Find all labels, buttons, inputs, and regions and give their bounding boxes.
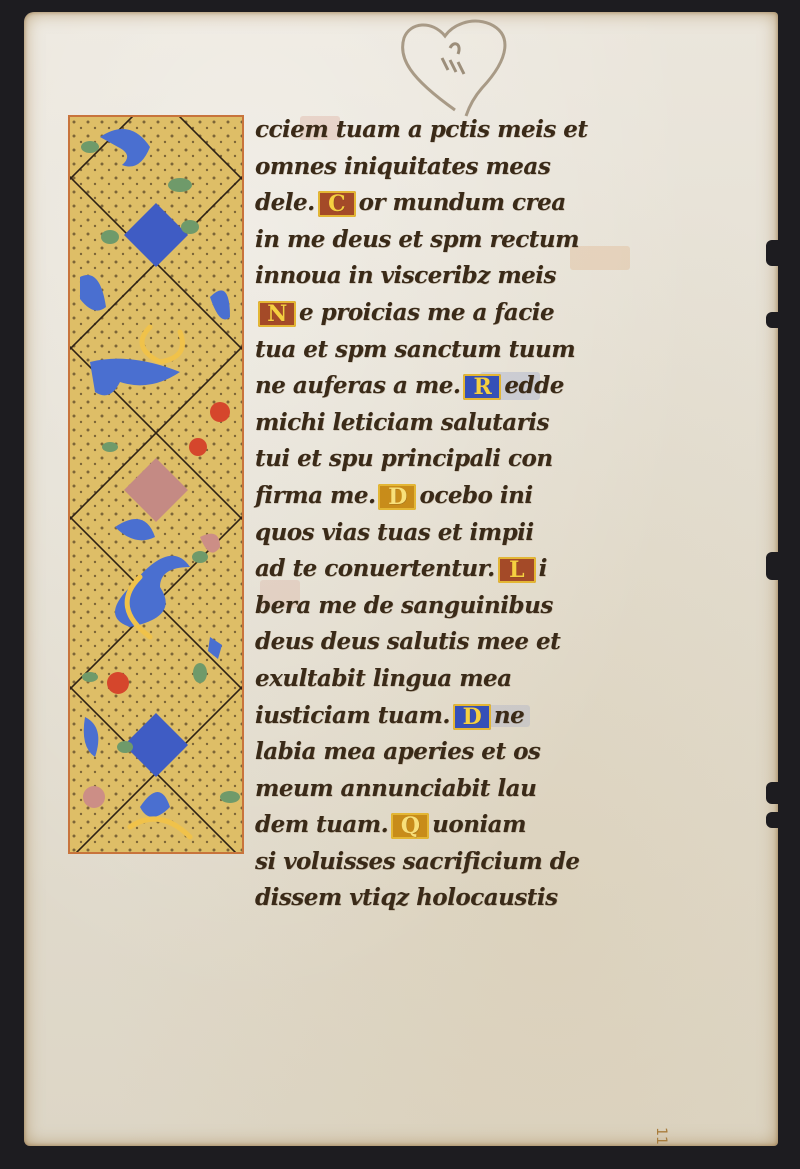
text-line: dem tuam.Quoniam (255, 807, 675, 844)
pencil-foliation-mark: 11 (653, 1127, 669, 1145)
illuminated-border (68, 115, 244, 854)
text-line: iusticiam tuam.Dne (255, 698, 675, 735)
text-line: dele.Cor mundum crea (255, 185, 675, 222)
text-line: deus deus salutis mee et (255, 624, 675, 661)
text-line: si voluisses sacrificium de (255, 844, 675, 881)
illuminated-initial: R (463, 374, 501, 400)
text-line: labia mea aperies et os (255, 734, 675, 771)
illuminated-initial: N (258, 301, 296, 327)
illuminated-initial: Q (391, 813, 429, 839)
text-line: tua et spm sanctum tuum (255, 332, 675, 369)
text-line: quos vias tuas et impii (255, 515, 675, 552)
edge-damage (766, 312, 780, 328)
text-line: cciem tuam a pctis meis et (255, 112, 675, 149)
edge-damage (766, 812, 780, 828)
text-line: innoua in visceribz meis (255, 258, 675, 295)
text-line: tui et spu principali con (255, 441, 675, 478)
text-line: ne auferas a me.Redde (255, 368, 675, 405)
text-line: dissem vtiqz holocaustis (255, 880, 675, 917)
illuminated-initial: D (378, 484, 416, 510)
illuminated-initial: L (498, 557, 536, 583)
edge-damage (766, 240, 780, 266)
edge-damage (766, 552, 780, 580)
text-line: in me deus et spm rectum (255, 222, 675, 259)
edge-damage (766, 782, 780, 804)
illuminated-initial: D (453, 704, 491, 730)
text-line: firma me.Docebo ini (255, 478, 675, 515)
text-line: omnes iniquitates meas (255, 149, 675, 186)
text-line: Ne proicias me a facie (255, 295, 675, 332)
text-line: bera me de sanguinibus (255, 588, 675, 625)
text-line: michi leticiam salutaris (255, 405, 675, 442)
heart-watermark-icon (390, 18, 520, 118)
illuminated-initial: C (318, 191, 356, 217)
psalm-text-column: cciem tuam a pctis meis et omnes iniquit… (255, 112, 675, 917)
border-decoration-icon (70, 117, 242, 852)
text-line: meum annunciabit lau (255, 771, 675, 808)
text-line: exultabit lingua mea (255, 661, 675, 698)
text-line: ad te conuertentur.Li (255, 551, 675, 588)
